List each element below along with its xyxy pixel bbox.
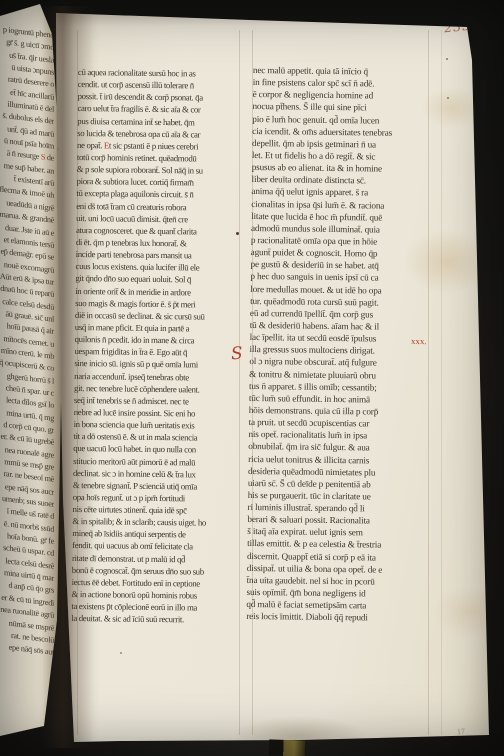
parchment-speck (446, 58, 448, 60)
ruling-line-right-outer (441, 30, 442, 735)
chapter-numeral-right-margin: xxx. (411, 336, 427, 346)
rubric-initial-s: S (230, 344, 243, 365)
rubric-letter: S (41, 153, 45, 162)
ink-speck (236, 232, 239, 235)
parchment-speck (120, 652, 122, 654)
manuscript-page: cū aquea racionalitate sursū hoc in asce… (0, 0, 504, 756)
ruling-line-intercolumn-1 (239, 30, 240, 735)
rubric-letter: E (104, 140, 109, 150)
folio-number: 235 (443, 18, 471, 36)
previous-page-text: p iogruntū phendgr̄ s̄. g uictī ɔmdus̄ t… (0, 22, 54, 659)
text-column-left: cū aquea racionalitate sursū hoc in asce… (71, 66, 237, 626)
binding-clasp (269, 739, 306, 756)
quire-mark: 17 (457, 727, 466, 737)
ruling-line-right-inner (428, 30, 429, 735)
text-line-left-column: la deuitat. & sic ad īciū suū recurrit. (71, 612, 230, 626)
text-column-right: nec malū appetit. quia tā inīcio q̄in fi… (246, 64, 427, 625)
parchment-speck (447, 97, 449, 99)
text-line-right-column: reis locis īmittit. Diaboli q̄q̄ repudi (246, 610, 420, 624)
manuscript-photo: p iogruntū phendgr̄ s̄. g uictī ɔmdus̄ t… (0, 0, 504, 756)
